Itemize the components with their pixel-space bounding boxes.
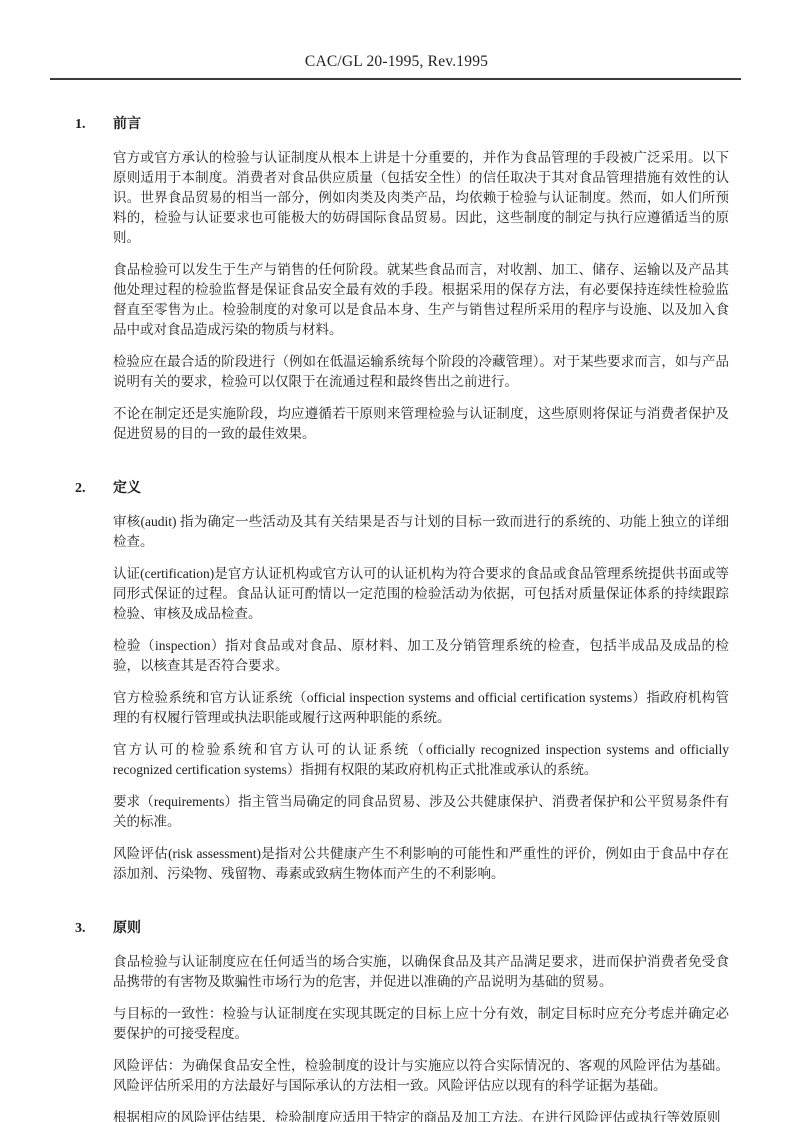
document-body: 1. 前言 官方或官方承认的检验与认证制度从根本上讲是十分重要的，并作为食品管理…: [0, 113, 793, 1122]
section-heading: 1. 前言: [75, 113, 729, 135]
section-number: 1.: [75, 115, 113, 135]
paragraph: 风险评估：为确保食品安全性，检验制度的设计与实施应以符合实际情况的、客观的风险评…: [113, 1056, 729, 1096]
paragraph: 官方认可的检验系统和官方认可的认证系统（officially recognize…: [113, 740, 729, 780]
section-heading: 3. 原则: [75, 917, 729, 939]
section-number: 3.: [75, 919, 113, 939]
section-title: 前言: [113, 113, 141, 133]
paragraph: 要求（requirements）指主管当局确定的同食品贸易、涉及公共健康保护、消…: [113, 792, 729, 832]
section-principles: 3. 原则 食品检验与认证制度应在任何适当的场合实施，以确保食品及其产品满足要求…: [75, 917, 729, 1122]
paragraph: 检验应在最合适的阶段进行（例如在低温运输系统每个阶段的冷藏管理）。对于某些要求而…: [113, 352, 729, 392]
paragraph: 认证(certification)是官方认证机构或官方认可的认证机构为符合要求的…: [113, 564, 729, 624]
paragraph: 检验（inspection）指对食品或对食品、原材料、加工及分销管理系统的检查，…: [113, 636, 729, 676]
paragraph: 食品检验与认证制度应在任何适当的场合实施，以确保食品及其产品满足要求，进而保护消…: [113, 952, 729, 992]
section-title: 原则: [113, 917, 141, 937]
section-title: 定义: [113, 477, 141, 497]
header-rule: [50, 78, 741, 80]
section-foreword: 1. 前言 官方或官方承认的检验与认证制度从根本上讲是十分重要的，并作为食品管理…: [75, 113, 729, 444]
section-number: 2.: [75, 479, 113, 499]
section-heading: 2. 定义: [75, 477, 729, 499]
page-header: CAC/GL 20-1995, Rev.1995: [0, 0, 793, 80]
paragraph: 根据相应的风险评估结果，检验制度应适用于特定的商品及加工方法。在进行风险评估或执…: [113, 1108, 729, 1122]
paragraph: 风险评估(risk assessment)是指对公共健康产生不利影响的可能性和严…: [113, 844, 729, 884]
document-reference: CAC/GL 20-1995, Rev.1995: [0, 52, 793, 72]
paragraph: 官方检验系统和官方认证系统（official inspection system…: [113, 688, 729, 728]
paragraph: 不论在制定还是实施阶段，均应遵循若干原则来管理检验与认证制度，这些原则将保证与消…: [113, 404, 729, 444]
document-page: CAC/GL 20-1995, Rev.1995 1. 前言 官方或官方承认的检…: [0, 0, 793, 1122]
section-definitions: 2. 定义 审核(audit) 指为确定一些活动及其有关结果是否与计划的目标一致…: [75, 477, 729, 884]
paragraph: 官方或官方承认的检验与认证制度从根本上讲是十分重要的，并作为食品管理的手段被广泛…: [113, 148, 729, 248]
paragraph: 审核(audit) 指为确定一些活动及其有关结果是否与计划的目标一致而进行的系统…: [113, 512, 729, 552]
paragraph: 与目标的一致性：检验与认证制度在实现其既定的目标上应十分有效，制定目标时应充分考…: [113, 1004, 729, 1044]
paragraph: 食品检验可以发生于生产与销售的任何阶段。就某些食品而言，对收割、加工、储存、运输…: [113, 260, 729, 340]
